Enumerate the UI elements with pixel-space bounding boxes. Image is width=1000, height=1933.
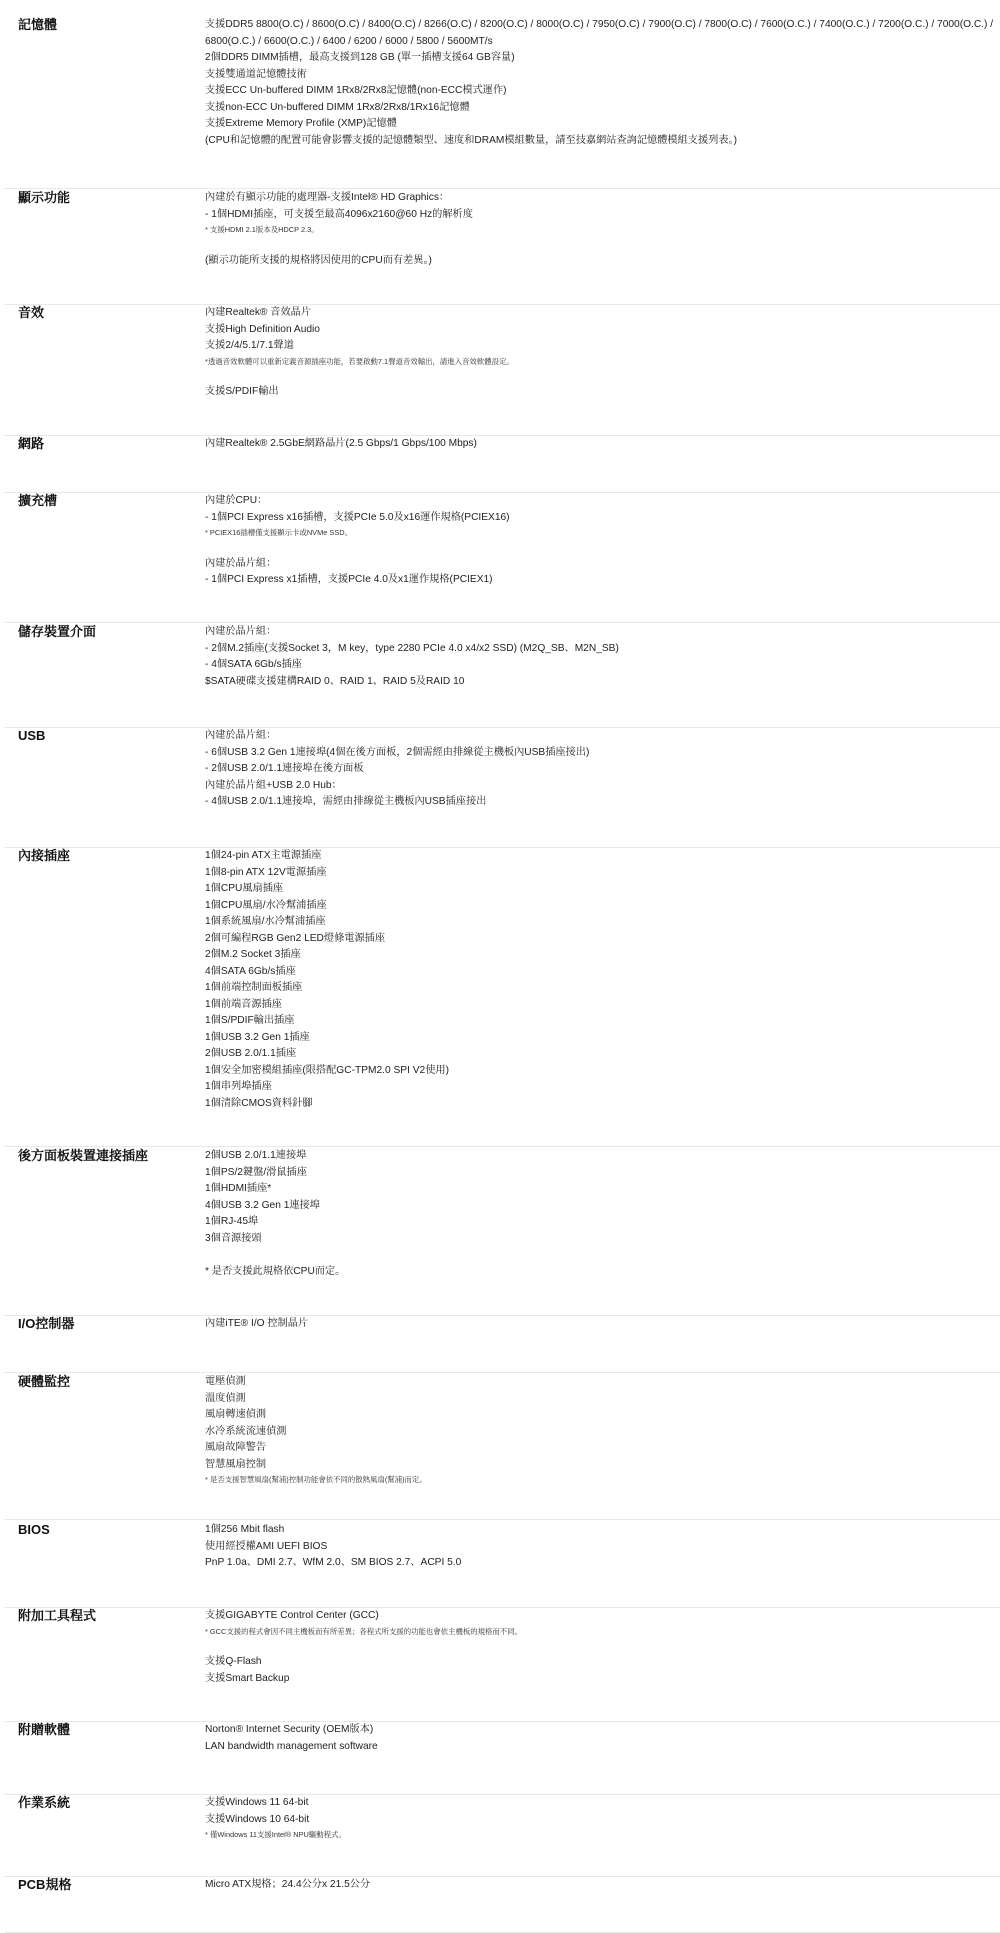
spec-value: 內建於晶片組：- 2個M.2插座(支援Socket 3，M key，type 2… bbox=[205, 624, 1000, 727]
spec-label: 擴充槽 bbox=[5, 493, 205, 622]
spec-line: (CPU和記憶體的配置可能會影響支援的記憶體類型、速度和DRAM模組數量，請至技… bbox=[205, 133, 1000, 150]
spec-row: 記憶體支援DDR5 8800(O.C) / 8600(O.C) / 8400(O… bbox=[5, 0, 1000, 189]
spec-line: 使用經授權AMI UEFI BIOS bbox=[205, 1539, 1000, 1556]
spec-line: 1個前端控制面板插座 bbox=[205, 980, 1000, 997]
spec-line: 支援Extreme Memory Profile (XMP)記憶體 bbox=[205, 116, 1000, 133]
spec-line: 內建Realtek® 2.5GbE網路晶片(2.5 Gbps/1 Gbps/10… bbox=[205, 436, 1000, 453]
spec-value: 內建於CPU：- 1個PCI Express x16插槽，支援PCIe 5.0及… bbox=[205, 493, 1000, 622]
spec-line: 支援Windows 11 64-bit bbox=[205, 1795, 1000, 1812]
spec-line: 支援Q-Flash bbox=[205, 1654, 1000, 1671]
spec-line: 內建Realtek® 音效晶片 bbox=[205, 305, 1000, 322]
spec-line: 內建iTE® I/O 控制晶片 bbox=[205, 1316, 1000, 1333]
spec-line: 1個串列埠插座 bbox=[205, 1079, 1000, 1096]
spec-line: 風扇故障警告 bbox=[205, 1440, 1000, 1457]
spec-value: 支援GIGABYTE Control Center (GCC)* GCC支援的程… bbox=[205, 1608, 1000, 1721]
spec-label: 顯示功能 bbox=[5, 190, 205, 304]
spec-value: 內建iTE® I/O 控制晶片 bbox=[205, 1316, 1000, 1372]
spec-line: 內建於CPU： bbox=[205, 493, 1000, 510]
spec-line: 風扇轉速偵測 bbox=[205, 1407, 1000, 1424]
spec-footnote: * PCIEX16插槽僅支援顯示卡或NVMe SSD。 bbox=[205, 526, 1000, 539]
spec-label: 儲存裝置介面 bbox=[5, 624, 205, 727]
spec-line: 支援Windows 10 64-bit bbox=[205, 1812, 1000, 1829]
spec-line: 1個清除CMOS資料針腳 bbox=[205, 1096, 1000, 1113]
spec-line: 2個可編程RGB Gen2 LED燈條電源插座 bbox=[205, 931, 1000, 948]
spec-line: 支援High Definition Audio bbox=[205, 322, 1000, 339]
spec-line: 支援S/PDIF輸出 bbox=[205, 384, 1000, 401]
spec-footnote: * GCC支援的程式會因不同主機板而有所差異；各程式所支援的功能也會依主機板的規… bbox=[205, 1625, 1000, 1638]
spec-footnote: * 是否支援智慧風扇(幫浦)控制功能會依不同的散熱風扇(幫浦)而定。 bbox=[205, 1473, 1000, 1486]
spec-row: USB內建於晶片組：- 6個USB 3.2 Gen 1連接埠(4個在後方面板，2… bbox=[5, 728, 1000, 848]
spec-row: 作業系統支援Windows 11 64-bit支援Windows 10 64-b… bbox=[5, 1795, 1000, 1877]
spec-line: 1個S/PDIF輸出插座 bbox=[205, 1013, 1000, 1030]
spec-line: 1個8-pin ATX 12V電源插座 bbox=[205, 865, 1000, 882]
spec-line: 內建於晶片組： bbox=[205, 556, 1000, 573]
spec-label: USB bbox=[5, 728, 205, 847]
spec-line: 支援ECC Un-buffered DIMM 1Rx8/2Rx8記憶體(non-… bbox=[205, 83, 1000, 100]
spec-line: 智慧風扇控制 bbox=[205, 1457, 1000, 1474]
spec-row: 顯示功能內建於有顯示功能的處理器-支援Intel® HD Graphics：- … bbox=[5, 189, 1000, 305]
spec-line: 支援non-ECC Un-buffered DIMM 1Rx8/2Rx8/1Rx… bbox=[205, 100, 1000, 117]
spec-label: 硬體監控 bbox=[5, 1374, 205, 1519]
spec-line: - 2個M.2插座(支援Socket 3，M key，type 2280 PCI… bbox=[205, 641, 1000, 658]
spec-row: I/O控制器內建iTE® I/O 控制晶片 bbox=[5, 1316, 1000, 1373]
spec-value: 1個24-pin ATX主電源插座1個8-pin ATX 12V電源插座1個CP… bbox=[205, 848, 1000, 1146]
spec-line: 支援雙通道記憶體技術 bbox=[205, 67, 1000, 84]
spec-line: 3個音源接頭 bbox=[205, 1231, 1000, 1248]
spec-line: * 是否支援此規格依CPU而定。 bbox=[205, 1264, 1000, 1281]
spec-line: 2個DDR5 DIMM插槽，最高支援到128 GB (單一插槽支援64 GB容量… bbox=[205, 50, 1000, 67]
spacer bbox=[205, 539, 1000, 556]
spec-line: 1個CPU風扇插座 bbox=[205, 881, 1000, 898]
spec-label: 附贈軟體 bbox=[5, 1722, 205, 1794]
spec-line: $SATA硬碟支援建構RAID 0、RAID 1、RAID 5及RAID 10 bbox=[205, 674, 1000, 691]
spec-value: 支援DDR5 8800(O.C) / 8600(O.C) / 8400(O.C)… bbox=[205, 17, 1000, 188]
spec-row: 後方面板裝置連接插座2個USB 2.0/1.1連接埠1個PS/2鍵盤/滑鼠插座1… bbox=[5, 1147, 1000, 1316]
spec-line: (顯示功能所支援的規格將因使用的CPU而有差異。) bbox=[205, 253, 1000, 270]
spec-value: 2個USB 2.0/1.1連接埠1個PS/2鍵盤/滑鼠插座1個HDMI插座*4個… bbox=[205, 1148, 1000, 1315]
spec-line: LAN bandwidth management software bbox=[205, 1739, 1000, 1756]
spec-value: 內建Realtek® 音效晶片支援High Definition Audio支援… bbox=[205, 305, 1000, 435]
spec-line: 1個HDMI插座* bbox=[205, 1181, 1000, 1198]
spec-row: 音效內建Realtek® 音效晶片支援High Definition Audio… bbox=[5, 305, 1000, 436]
spec-label: PCB規格 bbox=[5, 1877, 205, 1932]
spec-line: 支援Smart Backup bbox=[205, 1671, 1000, 1688]
spec-line: - 6個USB 3.2 Gen 1連接埠(4個在後方面板，2個需經由排線從主機板… bbox=[205, 745, 1000, 762]
spec-value: 內建於晶片組：- 6個USB 3.2 Gen 1連接埠(4個在後方面板，2個需經… bbox=[205, 728, 1000, 847]
spec-line: - 1個PCI Express x16插槽，支援PCIe 5.0及x16運作規格… bbox=[205, 510, 1000, 527]
spec-value: 1個256 Mbit flash使用經授權AMI UEFI BIOSPnP 1.… bbox=[205, 1522, 1000, 1607]
spec-value: 支援Windows 11 64-bit支援Windows 10 64-bit* … bbox=[205, 1795, 1000, 1876]
spec-value: 電壓偵測溫度偵測風扇轉速偵測水冷系統流速偵測風扇故障警告智慧風扇控制* 是否支援… bbox=[205, 1374, 1000, 1519]
spec-footnote: *透過音效軟體可以重新定義音源插座功能，若要啟動7.1聲道音效輸出，請進入音效軟… bbox=[205, 355, 1000, 368]
spec-row: BIOS1個256 Mbit flash使用經授權AMI UEFI BIOSPn… bbox=[5, 1520, 1000, 1608]
spec-line: 1個256 Mbit flash bbox=[205, 1522, 1000, 1539]
spacer bbox=[205, 236, 1000, 253]
spec-label: 作業系統 bbox=[5, 1795, 205, 1876]
spec-value: 內建Realtek® 2.5GbE網路晶片(2.5 Gbps/1 Gbps/10… bbox=[205, 436, 1000, 492]
spec-row: 儲存裝置介面內建於晶片組：- 2個M.2插座(支援Socket 3，M key，… bbox=[5, 623, 1000, 728]
spec-label: 後方面板裝置連接插座 bbox=[5, 1148, 205, 1315]
spec-label: BIOS bbox=[5, 1522, 205, 1607]
spec-line: - 4個SATA 6Gb/s插座 bbox=[205, 657, 1000, 674]
spec-line: 1個PS/2鍵盤/滑鼠插座 bbox=[205, 1165, 1000, 1182]
spec-line: - 1個PCI Express x1插槽，支援PCIe 4.0及x1運作規格(P… bbox=[205, 572, 1000, 589]
spec-row: 附贈軟體Norton® Internet Security (OEM版本)LAN… bbox=[5, 1722, 1000, 1795]
spec-value: Norton® Internet Security (OEM版本)LAN ban… bbox=[205, 1722, 1000, 1794]
spec-line: - 4個USB 2.0/1.1連接埠，需經由排線從主機板內USB插座接出 bbox=[205, 794, 1000, 811]
spec-line: 1個CPU風扇/水冷幫浦插座 bbox=[205, 898, 1000, 915]
spec-line: 內建於晶片組： bbox=[205, 624, 1000, 641]
spec-label: 音效 bbox=[5, 305, 205, 435]
spec-line: 1個USB 3.2 Gen 1插座 bbox=[205, 1030, 1000, 1047]
spec-label: 記憶體 bbox=[5, 17, 205, 188]
spec-line: Norton® Internet Security (OEM版本) bbox=[205, 1722, 1000, 1739]
spec-line: 4個USB 3.2 Gen 1連接埠 bbox=[205, 1198, 1000, 1215]
spec-line: 支援2/4/5.1/7.1聲道 bbox=[205, 338, 1000, 355]
spec-line: 溫度偵測 bbox=[205, 1391, 1000, 1408]
spec-line: 1個前端音源插座 bbox=[205, 997, 1000, 1014]
spec-line: - 1個HDMI插座，可支援至最高4096x2160@60 Hz的解析度 bbox=[205, 207, 1000, 224]
spec-line: 1個RJ-45埠 bbox=[205, 1214, 1000, 1231]
spec-line: 2個USB 2.0/1.1插座 bbox=[205, 1046, 1000, 1063]
spec-footnote: * 支援HDMI 2.1版本及HDCP 2.3。 bbox=[205, 223, 1000, 236]
spec-footnote: * 僅Windows 11支援Intel® NPU驅動程式。 bbox=[205, 1828, 1000, 1841]
spec-row: 擴充槽內建於CPU：- 1個PCI Express x16插槽，支援PCIe 5… bbox=[5, 493, 1000, 623]
spec-line: 支援GIGABYTE Control Center (GCC) bbox=[205, 1608, 1000, 1625]
spacer bbox=[205, 1638, 1000, 1655]
spacer bbox=[205, 1247, 1000, 1264]
spec-line: PnP 1.0a、DMI 2.7、WfM 2.0、SM BIOS 2.7、ACP… bbox=[205, 1555, 1000, 1572]
spec-row: 附加工具程式支援GIGABYTE Control Center (GCC)* G… bbox=[5, 1608, 1000, 1722]
spec-value: 內建於有顯示功能的處理器-支援Intel® HD Graphics：- 1個HD… bbox=[205, 190, 1000, 304]
spec-line: 電壓偵測 bbox=[205, 1374, 1000, 1391]
spec-row: PCB規格Micro ATX規格；24.4公分x 21.5公分 bbox=[5, 1877, 1000, 1933]
spec-line: 1個安全加密模組插座(限搭配GC-TPM2.0 SPI V2使用) bbox=[205, 1063, 1000, 1080]
spec-row: 硬體監控電壓偵測溫度偵測風扇轉速偵測水冷系統流速偵測風扇故障警告智慧風扇控制* … bbox=[5, 1373, 1000, 1520]
spec-value: Micro ATX規格；24.4公分x 21.5公分 bbox=[205, 1877, 1000, 1932]
spec-line: 內建於有顯示功能的處理器-支援Intel® HD Graphics： bbox=[205, 190, 1000, 207]
spec-line: 2個USB 2.0/1.1連接埠 bbox=[205, 1148, 1000, 1165]
spec-line: 水冷系統流速偵測 bbox=[205, 1424, 1000, 1441]
spec-line: 1個24-pin ATX主電源插座 bbox=[205, 848, 1000, 865]
spec-line: - 2個USB 2.0/1.1連接埠在後方面板 bbox=[205, 761, 1000, 778]
spec-line: 支援DDR5 8800(O.C) / 8600(O.C) / 8400(O.C)… bbox=[205, 17, 1000, 50]
spec-line: Micro ATX規格；24.4公分x 21.5公分 bbox=[205, 1877, 1000, 1894]
spec-table: 記憶體支援DDR5 8800(O.C) / 8600(O.C) / 8400(O… bbox=[5, 0, 1000, 1933]
spec-label: 網路 bbox=[5, 436, 205, 492]
spec-label: 內接插座 bbox=[5, 848, 205, 1146]
spacer bbox=[205, 368, 1000, 385]
spec-line: 2個M.2 Socket 3插座 bbox=[205, 947, 1000, 964]
spec-row: 網路內建Realtek® 2.5GbE網路晶片(2.5 Gbps/1 Gbps/… bbox=[5, 436, 1000, 493]
spec-row: 內接插座1個24-pin ATX主電源插座1個8-pin ATX 12V電源插座… bbox=[5, 848, 1000, 1147]
spec-line: 4個SATA 6Gb/s插座 bbox=[205, 964, 1000, 981]
spec-label: 附加工具程式 bbox=[5, 1608, 205, 1721]
spec-line: 內建於晶片組+USB 2.0 Hub： bbox=[205, 778, 1000, 795]
spec-line: 內建於晶片組： bbox=[205, 728, 1000, 745]
spec-line: 1個系統風扇/水冷幫浦插座 bbox=[205, 914, 1000, 931]
spec-label: I/O控制器 bbox=[5, 1316, 205, 1372]
